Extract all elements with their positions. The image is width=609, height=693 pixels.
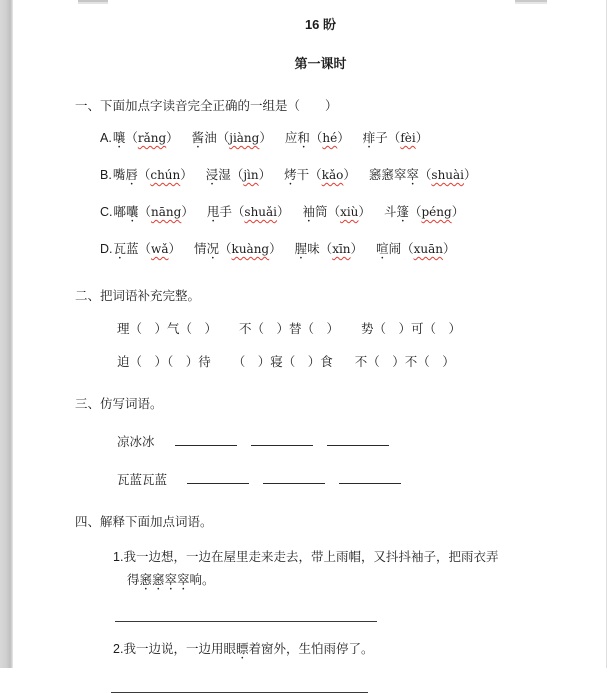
paren-close: ） [181, 205, 194, 219]
dotted-char: 嚷 [113, 131, 126, 145]
imitate-row: 凉冰冰 [117, 432, 566, 450]
paren-close: ） [358, 205, 371, 219]
paren-open: （ [232, 205, 245, 219]
answer-line [115, 621, 377, 622]
word-pinyin-item: 甩手（shuǎi） [207, 205, 290, 219]
dotted-char: 喧 [376, 242, 389, 256]
cropped-toolbar-artifact-left [78, 0, 108, 4]
paren-open: （ [320, 242, 333, 256]
word-pinyin-item: 嘟囔（nāng） [114, 205, 194, 219]
idiom-blank-item: 迫（ ）（ ）待 [117, 352, 211, 370]
word-pinyin-item: 腥味（xīn） [295, 242, 363, 256]
paren-open: （ [310, 131, 323, 145]
pinyin: kǎo [322, 168, 344, 182]
answer-blank [263, 472, 325, 484]
pinyin: jiàng [229, 131, 259, 145]
dotted-char: 酱 [192, 131, 205, 145]
dotted-char: 窣 [406, 168, 419, 182]
idiom-row: 迫（ ）（ ）待 （ ）寝（ ）食 不（ ）不（ ） [117, 352, 566, 370]
idiom-blank-item: 不（ ）不（ ） [355, 352, 455, 370]
lesson-title: 16 盼 [75, 14, 566, 33]
answer-blank [175, 434, 237, 446]
paren-close: ） [168, 242, 181, 256]
paren-close: ） [269, 242, 282, 256]
example-word: 瓦蓝瓦蓝 [117, 473, 167, 487]
pinyin: shuǎi [244, 205, 277, 219]
idiom-blank-item: 理（ ）气（ ） [117, 319, 217, 337]
option-d: D.瓦蓝（wǎ）情况（kuàng）腥味（xīn）喧闹（xuān） [100, 239, 566, 262]
dotted-char: 腥 [295, 242, 308, 256]
pinyin: kuàng [232, 242, 270, 256]
paren-open: （ [125, 131, 138, 145]
imitate-row: 瓦蓝瓦蓝 [117, 470, 566, 488]
pinyin: xuān [414, 242, 443, 256]
word-pinyin-item: 窸窸窣窣（shuài） [369, 168, 477, 182]
paren-open: （ [409, 205, 422, 219]
paren-open: （ [219, 242, 232, 256]
pinyin: jìn [243, 168, 258, 182]
dotted-word: 窸窸窣窣 [140, 573, 190, 587]
pinyin: xiù [340, 205, 358, 219]
section1-heading: 一、下面加点字读音完全正确的一组是（ ） [75, 96, 566, 114]
answer-blank [339, 472, 401, 484]
cropped-toolbar-artifact-right [515, 0, 547, 4]
section4-heading: 四、解释下面加点词语。 [75, 512, 566, 530]
paren-close: ） [259, 168, 272, 182]
session-heading: 第一课时 [75, 53, 566, 72]
paren-open: （ [138, 168, 151, 182]
word-pinyin-item: 烤干（kǎo） [284, 168, 356, 182]
sentence-item: 2.我一边说，一边用眼瞟着窗外，生怕雨停了。 [113, 638, 509, 662]
word-pinyin-item: 痱子（fèi） [363, 131, 428, 145]
answer-blank [251, 434, 313, 446]
paren-open: （ [231, 168, 244, 182]
word-pinyin-item: 嚷（rǎng） [113, 131, 179, 145]
option-label: B. [100, 168, 112, 182]
dotted-word: 瞟 [236, 642, 249, 656]
option-label: D. [100, 242, 113, 256]
pinyin: péng [421, 205, 451, 219]
item-number: 1. [113, 550, 123, 564]
word-pinyin-item: 酱油（jiàng） [192, 131, 272, 145]
paren-close: ） [166, 131, 179, 145]
paren-open: （ [401, 242, 414, 256]
example-word: 凉冰冰 [117, 435, 155, 449]
pinyin: wǎ [151, 242, 168, 256]
section2-heading: 二、把词语补充完整。 [75, 286, 566, 304]
dotted-char: 篷 [396, 205, 409, 219]
dotted-char: 浸 [206, 168, 219, 182]
pinyin: chún [150, 168, 180, 182]
word-pinyin-item: 瓦蓝（wǎ） [114, 242, 182, 256]
idiom-row: 理（ ）气（ ） 不（ ）替（ ） 势（ ）可（ ） [117, 319, 566, 337]
option-label: A. [100, 131, 112, 145]
paren-close: ） [259, 131, 272, 145]
paren-close: ） [452, 205, 465, 219]
sentence-item: 1.我一边想，一边在屋里走来走去，带上雨帽，又抖抖袖子，把雨衣弄得窸窸窣窣响。 [113, 546, 509, 593]
paren-close: ） [416, 131, 429, 145]
pinyin: xīn [332, 242, 350, 256]
dotted-char: 况 [207, 242, 220, 256]
dotted-char: 瓦 [114, 242, 127, 256]
dotted-char: 甩 [207, 205, 220, 219]
word-pinyin-item: 喧闹（xuān） [376, 242, 455, 256]
paren-open: （ [388, 131, 401, 145]
section3-heading: 三、仿写词语。 [75, 394, 566, 412]
option-b: B.嘴唇（chún）浸湿（jìn）烤干（kǎo）窸窸窣窣（shuài） [100, 165, 566, 188]
option-label: C. [100, 205, 113, 219]
pinyin: fèi [400, 131, 415, 145]
pinyin: rǎng [138, 131, 166, 145]
paren-open: （ [139, 205, 152, 219]
paren-close: ） [277, 205, 290, 219]
window-background-strip [0, 0, 13, 668]
paren-close: ） [464, 168, 477, 182]
idiom-blank-item: 不（ ）替（ ） [239, 319, 339, 337]
paren-open: （ [419, 168, 432, 182]
word-pinyin-item: 斗篷（péng） [384, 205, 464, 219]
dotted-char: 痱 [363, 131, 376, 145]
dotted-char: 囔 [126, 205, 139, 219]
paren-close: ） [443, 242, 456, 256]
document-content: 16 盼 第一课时 一、下面加点字读音完全正确的一组是（ ） A.嚷（rǎng）… [13, 0, 606, 668]
paren-close: ） [337, 131, 350, 145]
word-pinyin-item: 情况（kuàng） [194, 242, 282, 256]
word-pinyin-item: 应和（hé） [285, 131, 350, 145]
paren-close: ） [351, 242, 364, 256]
dotted-char: 和 [297, 131, 310, 145]
pinyin: shuài [431, 168, 464, 182]
paren-close: ） [343, 168, 356, 182]
document-page: 16 盼 第一课时 一、下面加点字读音完全正确的一组是（ ） A.嚷（rǎng）… [13, 0, 607, 668]
word-pinyin-item: 浸湿（jìn） [206, 168, 271, 182]
dotted-char: 唇 [125, 168, 138, 182]
paren-open: （ [139, 242, 152, 256]
option-a: A.嚷（rǎng）酱油（jiàng）应和（hé）痱子（fèi） [100, 128, 566, 151]
answer-blank [327, 434, 389, 446]
dotted-char: 袖 [303, 205, 316, 219]
paren-open: （ [217, 131, 230, 145]
item-number: 2. [113, 642, 123, 656]
paren-open: （ [309, 168, 322, 182]
paren-close: ） [180, 168, 193, 182]
dotted-char: 烤 [284, 168, 297, 182]
word-pinyin-item: 嘴唇（chún） [113, 168, 193, 182]
pinyin: hé [322, 131, 337, 145]
idiom-blank-item: （ ）寝（ ）食 [233, 352, 333, 370]
paren-open: （ [328, 205, 341, 219]
word-pinyin-item: 袖筒（xiù） [303, 205, 371, 219]
pinyin: nāng [151, 205, 181, 219]
option-c: C.嘟囔（nāng）甩手（shuǎi）袖筒（xiù）斗篷（péng） [100, 202, 566, 225]
answer-blank [187, 472, 249, 484]
idiom-blank-item: 势（ ）可（ ） [361, 319, 461, 337]
